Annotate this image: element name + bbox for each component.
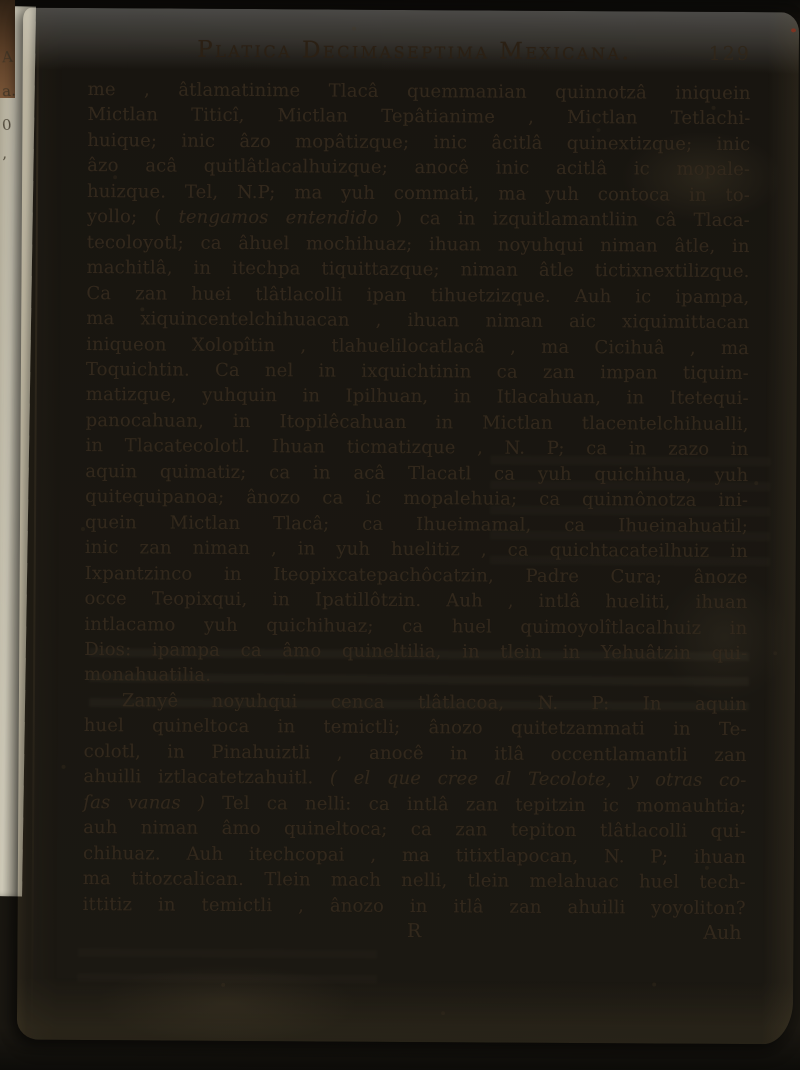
text-line: inic zan niman , in yuh huelitiz , ca qu… [85,535,748,565]
body-text: me , âtlamatinime Tlacâ quemmanian quinn… [83,77,751,921]
text-segment: huique; inic âzo mopâtizque; inic âcitlâ… [87,130,750,155]
page-number: 129 [709,43,751,65]
text-segment: quein Mictlan Tlacâ; ca Ihueimamal, ca I… [85,512,748,537]
text-segment: aquin quimatiz; ca in acâ Tlacatl ca yuh… [85,461,748,486]
text-segment: occe Teopixqui, in Ipatillôtzin. Auh , i… [84,588,747,613]
text-segment: Ixpantzinco in Iteopixcatepachôcatzin, P… [85,563,748,588]
text-line: monahuatilia. [84,662,747,692]
text-segment: ) ca in izquitlamantliin câ Tlaca- [378,208,750,231]
text-line: quitequipanoa; ânozo ca ic mopalehuia; c… [85,484,748,514]
text-line: occe Teopixqui, in Ipatillôtzin. Auh , i… [84,586,747,616]
text-segment: ahuilli iztlacatetzahuitl. [83,766,330,789]
text-segment: ittitiz in temictli , ânozo in itlâ zan … [83,894,746,919]
text-line: huel quineltoca in temictli; ânozo quite… [84,713,747,743]
text-segment: ma titozcalican. Tlein mach nelli, tlein… [83,868,746,893]
signature-mark: R [407,920,421,942]
text-line: matizque, yuhquin in Ipilhuan, in Itlaca… [86,382,749,412]
text-line: intlacamo yuh quichihuaz; ca huel quimoy… [84,612,747,642]
text-line: auh niman âmo quineltoca; ca zan tepiton… [83,815,746,845]
text-segment: tecoloyotl; ca âhuel mochihuaz; ihuan no… [87,232,750,257]
text-segment: Ca zan huei tlâtlacolli ipan tihuetzizqu… [86,283,749,308]
text-segment: intlacamo yuh quichihuaz; ca huel quimoy… [84,614,747,639]
text-segment: inic zan niman , in yuh huelitiz , ca qu… [85,537,748,562]
text-line: machitlâ, in itechpa tiquittazque; niman… [86,255,749,285]
text-segment: auh niman âmo quineltoca; ca zan tepiton… [83,817,746,842]
footer-row: R Auh [82,918,745,944]
page-sheet: Platica Decimaseptima Mexicana. 129 me ,… [17,8,799,1045]
text-segment: âzo acâ quitlâtlacalhuizque; anocê inic … [87,155,750,180]
text-line: ma titozcalican. Tlein mach nelli, tlein… [83,866,746,896]
italic-gloss: tengamos entendido [178,207,378,229]
running-title: Platica Decimaseptima Mexicana. [88,36,695,66]
text-segment: Toquichtin. Ca nel in ixquichtinin ca za… [86,359,749,384]
text-segment: huel quineltoca in temictli; ânozo quite… [84,715,747,740]
text-segment: iniqueon Xolopîtin , tlahuelilocatlacâ ,… [86,334,749,359]
text-line: ma xiquincentelchihuacan , ihuan niman a… [86,306,749,336]
text-segment: colotl, in Pinahuiztli , anocê in itlâ o… [84,741,747,766]
text-segment: chihuaz. Auh itechcopai , ma titixtlapoc… [83,843,746,868]
text-line: in Tlacatecolotl. Ihuan ticmatizque , N.… [85,433,748,463]
italic-gloss: ( el que cree al Tecolote, y otras co- [330,768,747,792]
photo-background: Aa.0, Platica Decimaseptima Mexicana. 12… [0,0,800,1070]
text-line: âzo acâ quitlâtlacalhuizque; anocê inic … [87,153,750,183]
bleedthrough-smudge [77,948,377,990]
text-segment: huizque. Tel, N.P; ma yuh commati, ma yu… [87,181,750,206]
text-segment: matizque, yuhquin in Ipilhuan, in Itlaca… [86,384,749,409]
red-speck [791,28,796,32]
text-line: yollo; ( tengamos entendido ) ca in izqu… [87,204,750,234]
gutter-crease-shadow [31,8,39,1040]
text-segment: Tel ca nelli: ca intlâ zan tepitzin ic m… [205,792,746,816]
text-line: ahuilli iztlacatetzahuitl. ( el que cree… [83,764,746,794]
text-segment: panocahuan, in Itopilêcahuan in Mictlan … [86,410,749,435]
margin-fragment: 0 [1,116,12,135]
paper-stain [97,963,357,1045]
text-line: ittitiz in temictli , ânozo in itlâ zan … [83,892,746,922]
text-segment: ma xiquincentelchihuacan , ihuan niman a… [86,308,749,333]
margin-fragment: A [1,48,13,67]
italic-gloss: ſas vanas ) [83,792,205,814]
margin-fragment: a. [1,82,16,101]
text-segment: quitequipanoa; ânozo ca ic mopalehuia; c… [85,486,748,511]
page-header: Platica Decimaseptima Mexicana. 129 [88,36,751,66]
text-segment: Zanyê noyuhqui cenca tlâtlacoa, N. P: In… [122,690,747,715]
text-segment: Mictlan Titicî, Mictlan Tepâtianime , Mi… [87,104,750,129]
page-content: Platica Decimaseptima Mexicana. 129 me ,… [82,36,751,944]
text-segment: machitlâ, in itechpa tiquittazque; niman… [87,257,750,282]
catchword: Auh [421,920,745,944]
ink-specks [23,8,25,10]
text-segment: monahuatilia. [84,664,211,686]
text-segment: Dios: ipampa ca âmo quineltilia, in tlei… [84,639,747,664]
text-segment: in Tlacatecolotl. Ihuan ticmatizque , N.… [85,435,748,460]
text-segment: yollo; ( [87,206,179,228]
text-line: Mictlan Titicî, Mictlan Tepâtianime , Mi… [87,102,750,132]
text-segment: me , âtlamatinime Tlacâ quemmanian quinn… [88,79,751,104]
